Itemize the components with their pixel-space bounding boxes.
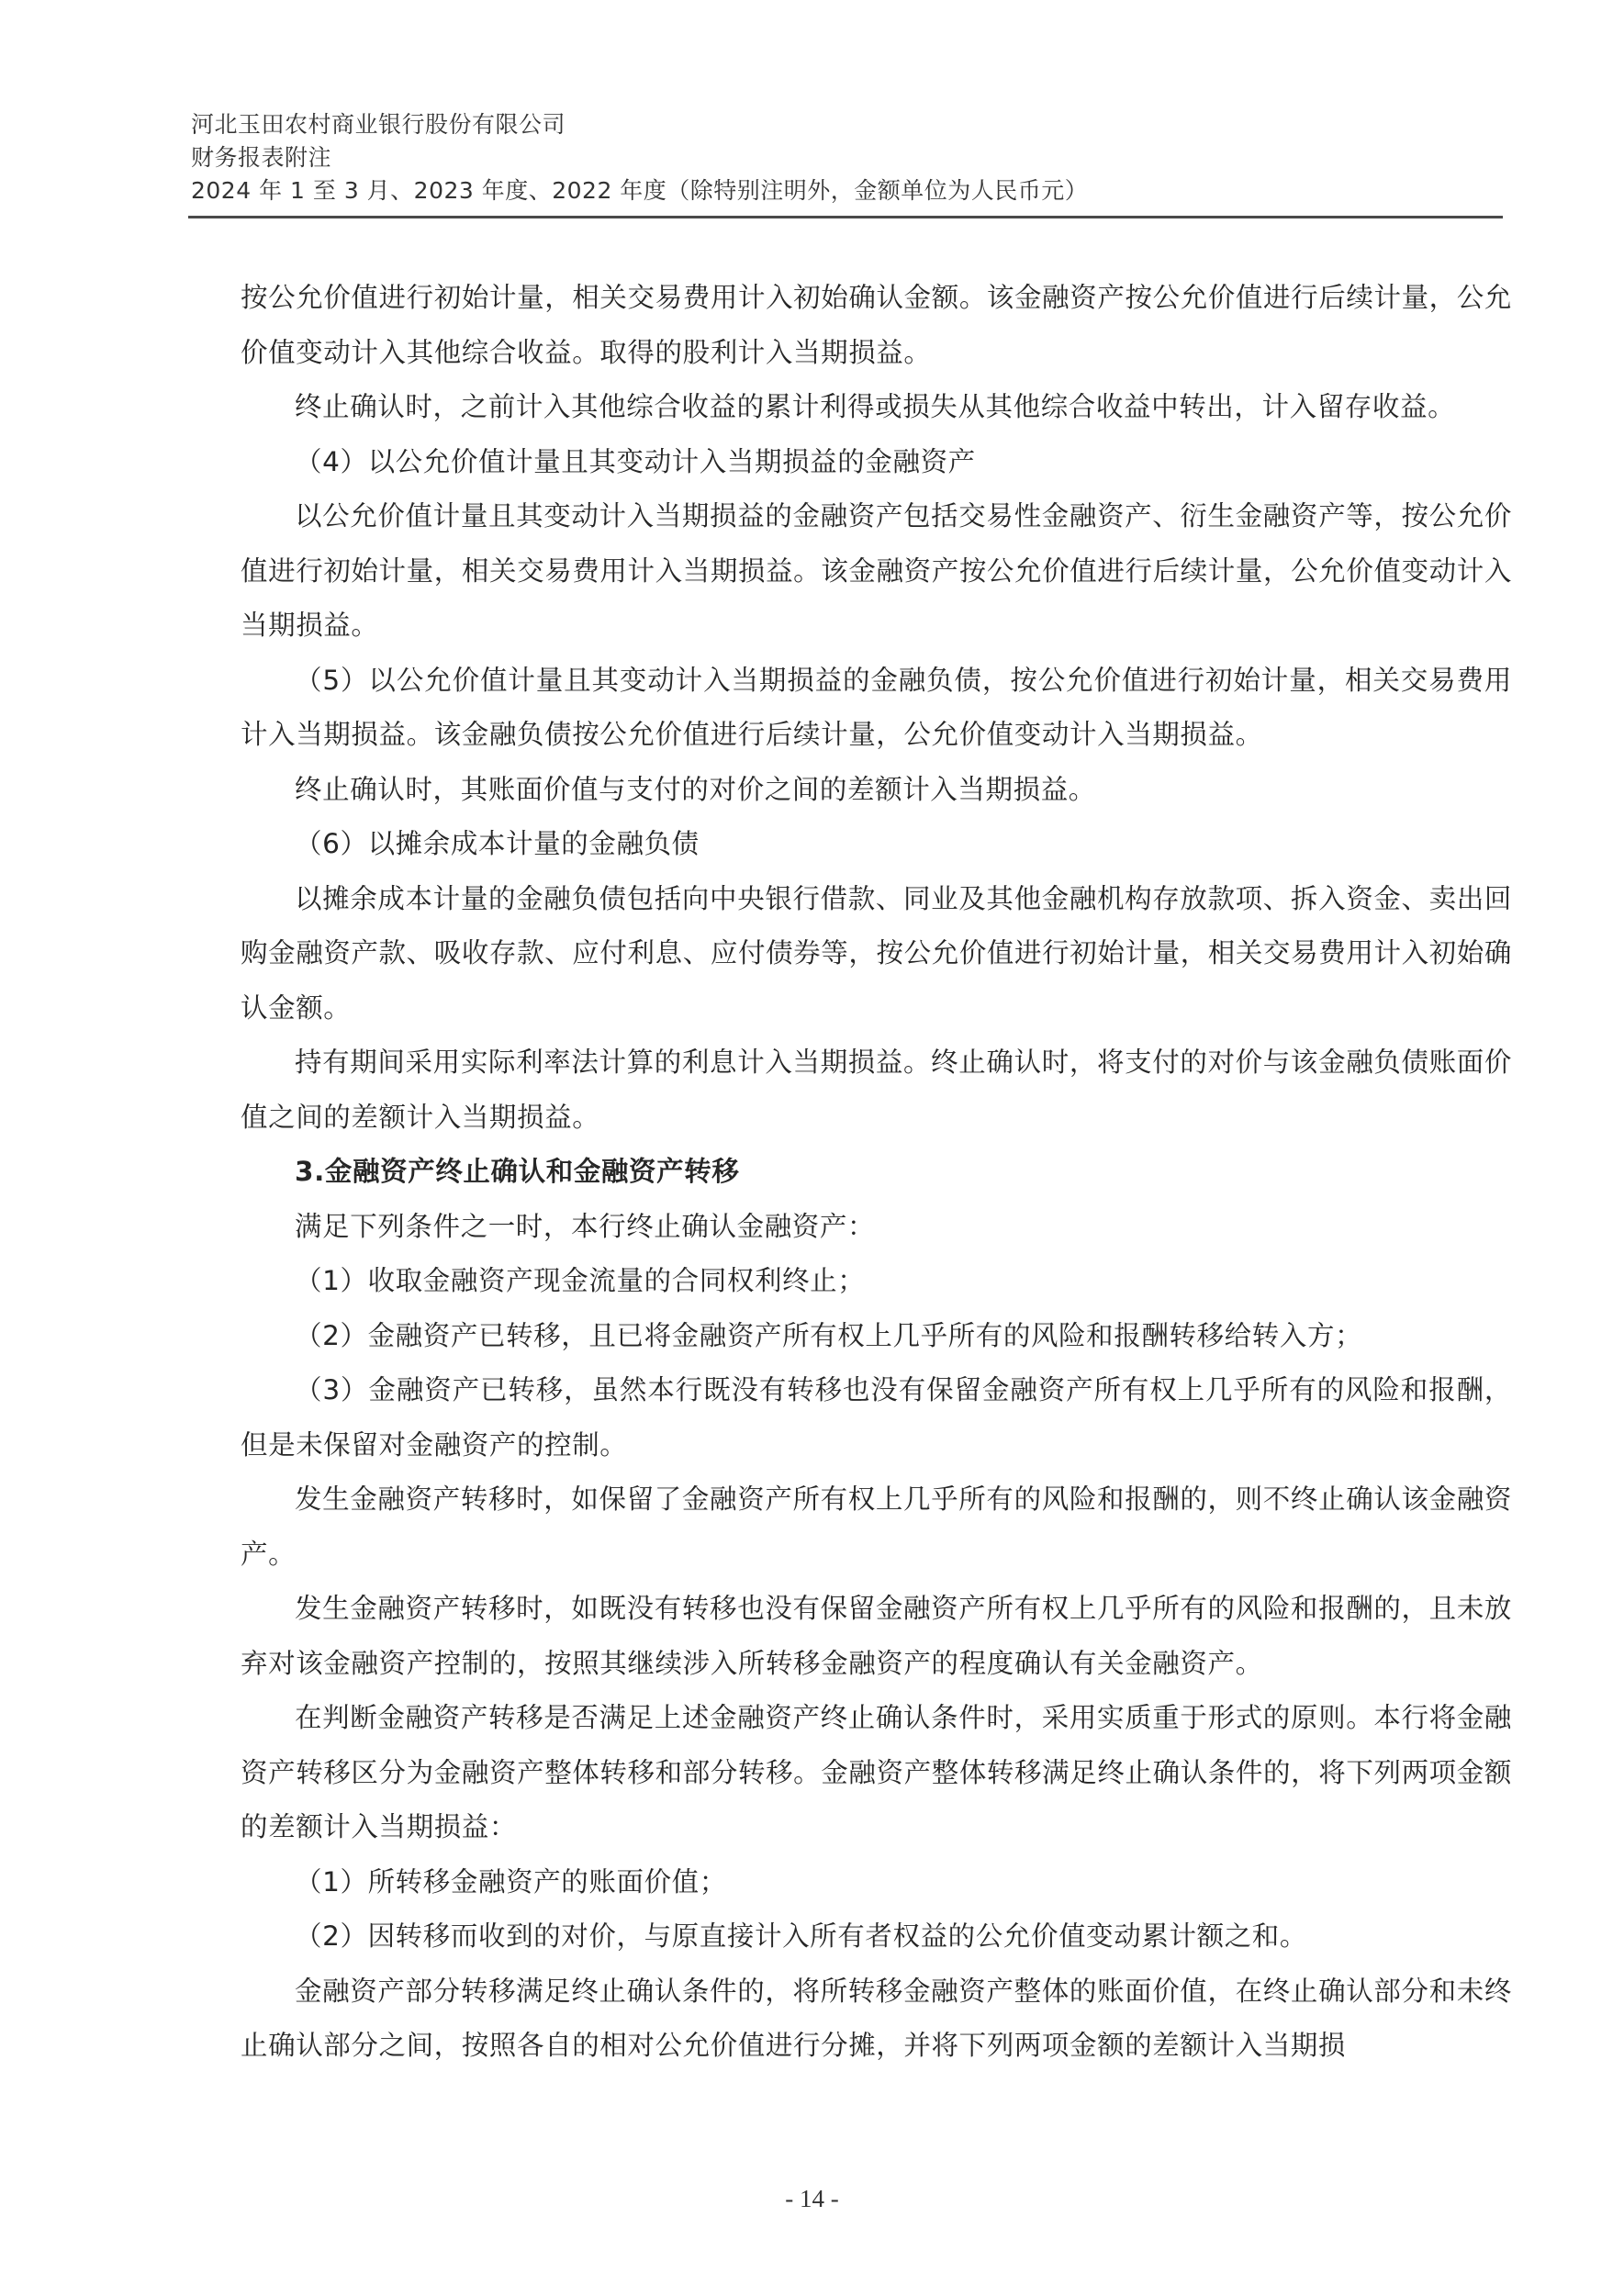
page-header: 河北玉田农村商业银行股份有限公司 财务报表附注 2024 年 1 至 3 月、2… [191, 108, 1506, 207]
paragraph: 发生金融资产转移时，如保留了金融资产所有权上几乎所有的风险和报酬的，则不终止确认… [241, 1472, 1512, 1582]
paragraph: 持有期间采用实际利率法计算的利息计入当期损益。终止确认时，将支付的对价与该金融负… [241, 1036, 1512, 1145]
list-item: （3）金融资产已转移，虽然本行既没有转移也没有保留金融资产所有权上几乎所有的风险… [241, 1363, 1512, 1472]
list-item-heading: （4）以公允价值计量且其变动计入当期损益的金融资产 [241, 435, 1512, 490]
paragraph: 在判断金融资产转移是否满足上述金融资产终止确认条件时，采用实质重于形式的原则。本… [241, 1691, 1512, 1855]
paragraph: 以摊余成本计量的金融负债包括向中央银行借款、同业及其他金融机构存放款项、拆入资金… [241, 872, 1512, 1036]
period-note: 2024 年 1 至 3 月、2023 年度、2022 年度（除特别注明外，金额… [191, 174, 1506, 207]
paragraph: 终止确认时，其账面价值与支付的对价之间的差额计入当期损益。 [241, 763, 1512, 818]
paragraph: 以公允价值计量且其变动计入当期损益的金融资产包括交易性金融资产、衍生金融资产等，… [241, 489, 1512, 654]
page-number: - 14 - [0, 2185, 1624, 2213]
list-item: （2）金融资产已转移，且已将金融资产所有权上几乎所有的风险和报酬转移给转入方； [241, 1309, 1512, 1364]
list-item: （1）收取金融资产现金流量的合同权利终止； [241, 1254, 1512, 1309]
list-item: （2）因转移而收到的对价，与原直接计入所有者权益的公允价值变动累计额之和。 [241, 1909, 1512, 1965]
paragraph: 金融资产部分转移满足终止确认条件的，将所转移金融资产整体的账面价值，在终止确认部… [241, 1965, 1512, 2074]
paragraph-continuation: 按公允价值进行初始计量，相关交易费用计入初始确认金额。该金融资产按公允价值进行后… [241, 271, 1512, 380]
header-divider [188, 216, 1503, 218]
list-item-heading: （6）以摊余成本计量的金融负债 [241, 817, 1512, 872]
document-title: 财务报表附注 [191, 141, 1506, 174]
section-heading: 3.金融资产终止确认和金融资产转移 [241, 1145, 1512, 1200]
paragraph: 终止确认时，之前计入其他综合收益的累计利得或损失从其他综合收益中转出，计入留存收… [241, 380, 1512, 435]
paragraph: 发生金融资产转移时，如既没有转移也没有保留金融资产所有权上几乎所有的风险和报酬的… [241, 1582, 1512, 1691]
paragraph: 满足下列条件之一时，本行终止确认金融资产： [241, 1200, 1512, 1255]
company-name: 河北玉田农村商业银行股份有限公司 [191, 108, 1506, 141]
list-item: （1）所转移金融资产的账面价值； [241, 1855, 1512, 1910]
list-item: （5）以公允价值计量且其变动计入当期损益的金融负债，按公允价值进行初始计量，相关… [241, 654, 1512, 763]
document-body: 按公允价值进行初始计量，相关交易费用计入初始确认金额。该金融资产按公允价值进行后… [241, 271, 1512, 2074]
